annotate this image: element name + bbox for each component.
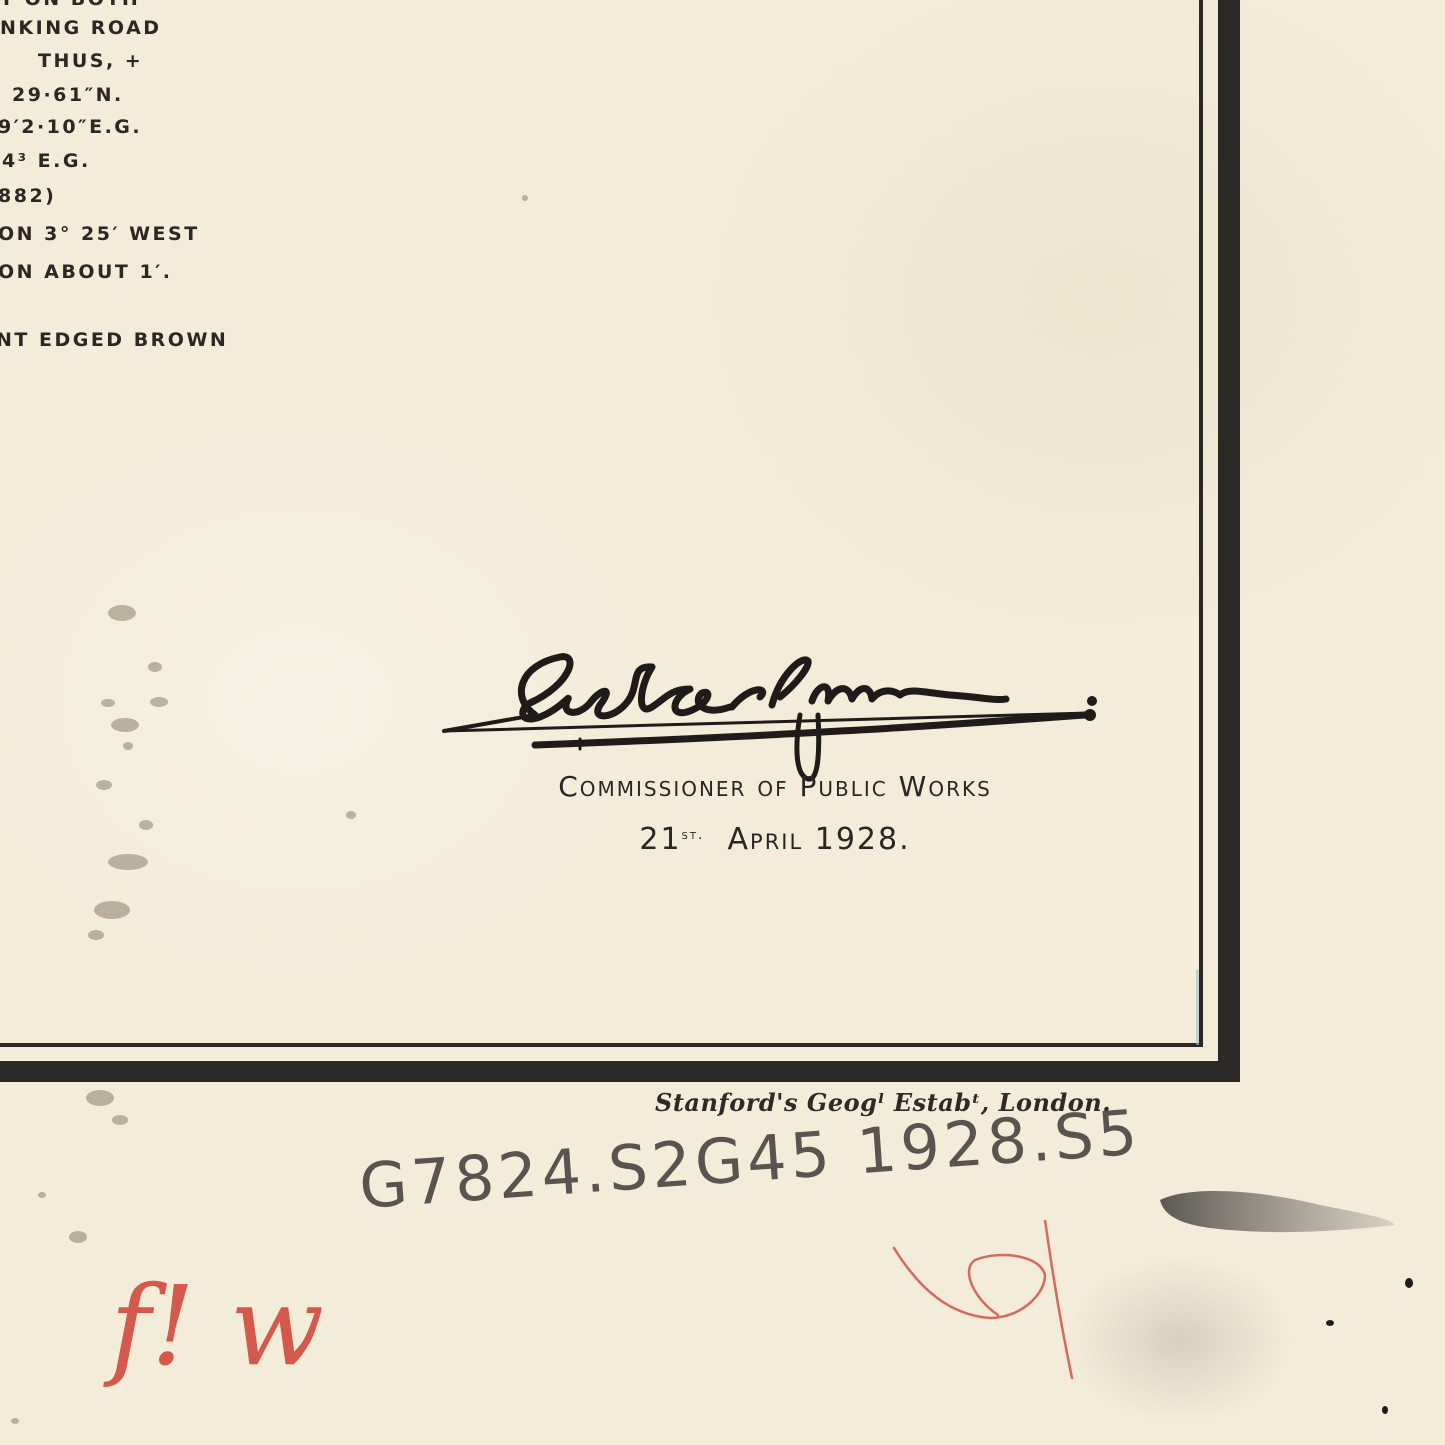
legend-line-4: 9′2·10″E.G. [0, 116, 142, 138]
frame-inner-right-line [1199, 0, 1203, 1047]
signature-icon [440, 645, 1110, 785]
frame-outer-right-border [1218, 0, 1240, 1082]
frame-outer-bottom-border [0, 1061, 1240, 1082]
legend-line-5: 4³ E.G. [2, 150, 91, 172]
legend-line-8: ON ABOUT 1′. [0, 261, 172, 283]
legend-line-6: 882) [0, 185, 56, 207]
frame-inner-bottom-line [0, 1043, 1203, 1047]
legend-line-7: ON 3° 25′ WEST [0, 223, 200, 245]
graphite-smudge [1150, 1180, 1400, 1240]
frame-color-tint [1196, 970, 1199, 1045]
legend-line-1: NKING ROAD [0, 17, 162, 39]
date-suffix: st. [682, 827, 705, 843]
legend-line-2: THUS, + [38, 50, 143, 72]
legend-line-0: T ON BOTH [0, 0, 140, 10]
red-pencil-annotation-left: f! w [110, 1262, 324, 1390]
date-month-year: April 1928. [728, 822, 911, 857]
signature-date: 21st. April 1928. [440, 822, 1110, 857]
signatory-title: Commissioner of Public Works [440, 770, 1110, 803]
legend-line-9: NT EDGED BROWN [0, 329, 228, 351]
date-day: 21 [639, 822, 681, 857]
red-pencil-annotation-right [880, 1220, 1100, 1390]
legend-line-3: 29·61″N. [12, 84, 124, 106]
